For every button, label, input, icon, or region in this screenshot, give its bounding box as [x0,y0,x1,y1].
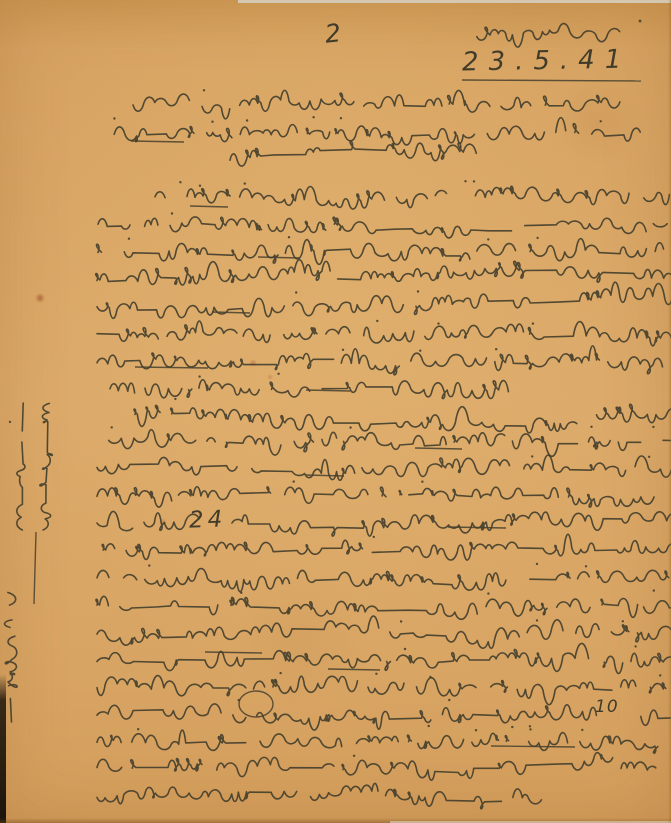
page-number: 2 [324,20,342,47]
scan-edge-top [238,0,671,3]
letter-page: 2 23.5.41 24 10 [0,0,671,823]
handwriting-svg [0,0,671,823]
inline-number-10: 10 [595,699,619,716]
torn-edge-left-bottom [0,674,6,823]
date: 23.5.41 [462,47,632,76]
inline-number-24: 24 [189,508,227,532]
